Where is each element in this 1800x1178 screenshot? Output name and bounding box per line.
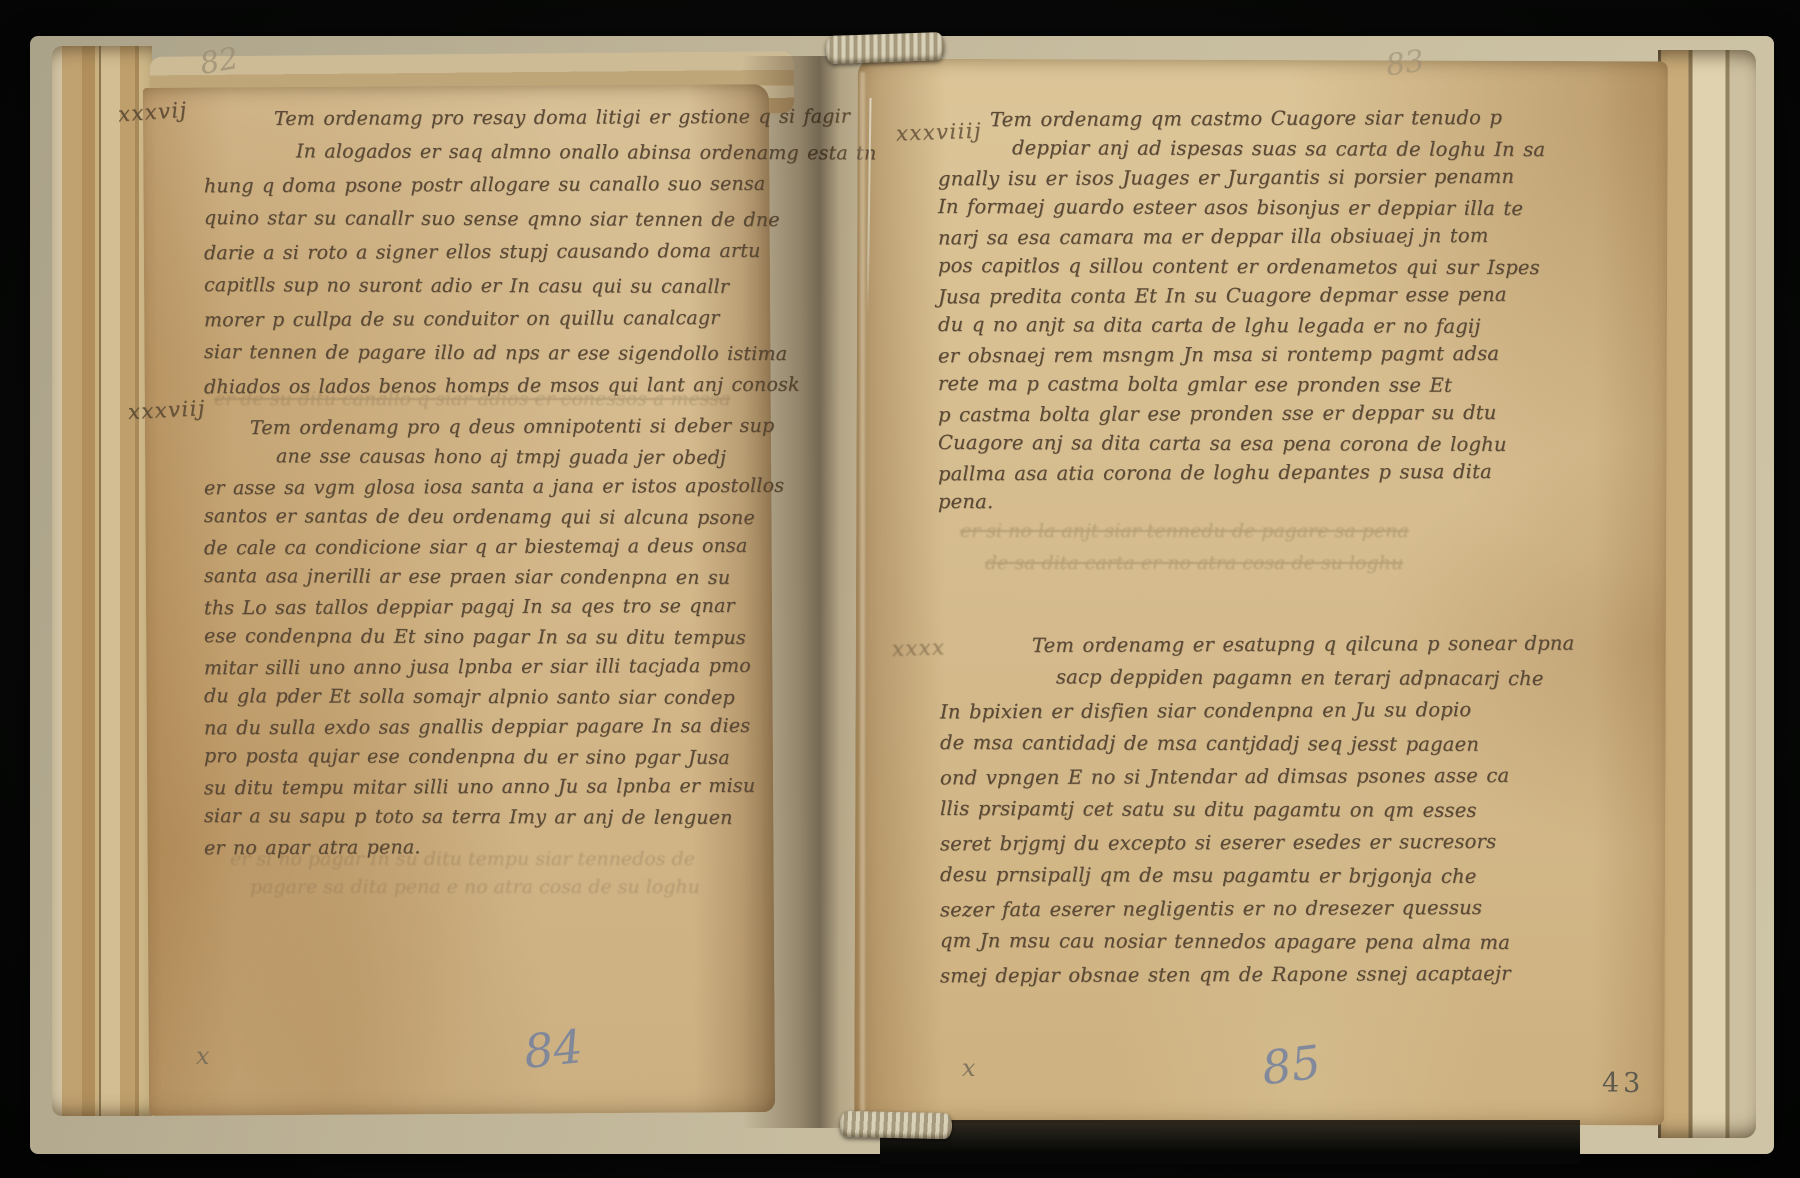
stamped-folio-number: 43: [1602, 1068, 1644, 1099]
manuscript-line: narj sa esa camara ma er deppar illa obs…: [938, 221, 1546, 253]
manuscript-line: du gla pder Et solla somajr alpnio santo…: [204, 681, 760, 713]
right-struck-line-2: de sa dita carta er no atra cosa de su l…: [985, 552, 1403, 574]
manuscript-line: Cuagore anj sa dita carta sa esa pena co…: [938, 427, 1546, 459]
manuscript-line: siar tennen de pagare illo ad nps ar ese…: [204, 336, 760, 371]
under-page-shadow: [880, 1120, 1580, 1164]
manuscript-line: pos capitlos q sillou content er ordenam…: [938, 250, 1546, 282]
right-x-mark: x: [962, 1054, 976, 1082]
left-ghost-line-2: pagare sa dita pena e no atra cosa de su…: [250, 876, 700, 898]
right-pencil-folio: 83: [1384, 44, 1427, 84]
manuscript-line: hung q doma psone postr allogare su cana…: [204, 168, 760, 204]
manuscript-line: ese condenpna du Et sino pagar In sa su …: [204, 621, 760, 653]
manuscript-line: Jusa predita conta Et In su Cuagore depm…: [938, 280, 1546, 312]
manuscript-line: mitar silli uno anno jusa lpnba er siar …: [204, 651, 760, 683]
manuscript-line: In formaej guardo esteer asos bisonjus e…: [938, 191, 1546, 223]
manuscript-line: siar a su sapu p toto sa terra Imy ar an…: [204, 801, 760, 833]
right-struck-line-1: er si no la anjt siar tennedu de pagare …: [960, 520, 1409, 542]
left-margin-numeral-2: xxxviij: [127, 396, 206, 424]
manuscript-line: dhiados os lados benos homps de msos qui…: [204, 369, 760, 405]
right-margin-numeral-2: xxxx: [892, 635, 946, 661]
manuscript-line: Tem ordenamg pro resay doma litigi er gs…: [204, 101, 760, 137]
manuscript-line: er no apar atra pena.: [204, 831, 760, 863]
manuscript-line: desu prnsipallj qm de msu pagamtu er brj…: [940, 858, 1548, 893]
manuscript-line: de msa cantidadj de msa cantjdadj seq je…: [940, 726, 1548, 761]
manuscript-line: gnally isu er isos Juages er Jurgantis s…: [938, 162, 1546, 194]
manuscript-line: capitlls sup no suront adio er In casu q…: [204, 269, 760, 304]
manuscript-line: Tem ordenamg qm castmo Cuagore siar tenu…: [938, 103, 1546, 135]
manuscript-line: seret brjgmj du excepto si eserer esedes…: [940, 825, 1548, 861]
manuscript-line: qm Jn msu cau nosiar tennedos apagare pe…: [940, 924, 1548, 959]
left-blue-page-number: 84: [521, 1019, 585, 1079]
manuscript-line: In bpixien er disfien siar condenpna en …: [940, 693, 1548, 729]
manuscript-line: ond vpngen E no si Jntendar ad dimsas ps…: [940, 759, 1548, 795]
left-margin-numeral-1: xxxvij: [117, 98, 188, 127]
left-x-mark: x: [196, 1042, 210, 1070]
manuscript-line: deppiar anj ad ispesas suas sa carta de …: [938, 132, 1546, 164]
left-paragraph-2: Tem ordenamg pro q deus omnipotenti si d…: [204, 412, 760, 862]
manuscript-line: pallma asa atia corona de loghu depantes…: [938, 457, 1546, 489]
manuscript-line: rete ma p castma bolta gmlar ese pronden…: [938, 368, 1546, 400]
left-paragraph-1: Tem ordenamg pro resay doma litigi er gs…: [204, 102, 760, 404]
manuscript-line: su ditu tempu mitar silli uno anno Ju sa…: [204, 771, 760, 803]
headband-top: [826, 32, 945, 64]
left-page-edges: [52, 46, 152, 1116]
manuscript-line: Tem ordenamg er esatupng q qilcuna p son…: [940, 627, 1548, 663]
manuscript-line: In alogados er saq almno onallo abinsa o…: [204, 135, 760, 170]
manuscript-line: quino star su canallr suo sense qmno sia…: [204, 202, 760, 237]
photo-backdrop: 82 xxxvij xxxviij Tem ordenamg pro resay…: [0, 0, 1800, 1178]
manuscript-line: ths Lo sas tallos deppiar pagaj In sa qe…: [204, 591, 760, 623]
right-page-edges: [1658, 50, 1756, 1138]
manuscript-line: santa asa jnerilli ar ese praen siar con…: [204, 561, 760, 593]
right-paragraph-1: Tem ordenamg qm castmo Cuagore siar tenu…: [938, 104, 1546, 517]
manuscript-line: p castma bolta glar ese pronden sse er d…: [938, 398, 1546, 430]
manuscript-line: Tem ordenamg pro q deus omnipotenti si d…: [204, 411, 760, 443]
manuscript-line: na du sulla exdo sas gnallis deppiar pag…: [204, 711, 760, 743]
left-pencil-folio: 82: [197, 41, 241, 82]
right-paragraph-2: Tem ordenamg er esatupng q qilcuna p son…: [940, 628, 1548, 991]
manuscript-line: er obsnaej rem msngm Jn msa si rontemp p…: [938, 339, 1546, 371]
manuscript-line: llis prsipamtj cet satu su ditu pagamtu …: [940, 792, 1548, 827]
manuscript-line: sezer fata eserer negligentis er no dres…: [940, 891, 1548, 927]
manuscript-line: pro posta qujar ese condenpna du er sino…: [204, 741, 760, 773]
manuscript-line: du q no anjt sa dita carta de lghu legad…: [938, 309, 1546, 341]
manuscript-line: morer p cullpa de su conduitor on quillu…: [204, 302, 760, 338]
manuscript-line: darie a si roto a signer ellos stupj cau…: [204, 235, 760, 271]
manuscript-line: er asse sa vgm glosa iosa santa a jana e…: [204, 471, 760, 503]
manuscript-line: sacp deppiden pagamn en terarj adpnacarj…: [940, 660, 1548, 695]
manuscript-line: smej depjar obsnae sten qm de Rapone ssn…: [940, 957, 1548, 993]
manuscript-line: de cale ca condicione siar q ar biestema…: [204, 531, 760, 563]
headband-bottom: [840, 1111, 953, 1139]
manuscript-line: pena.: [938, 486, 1546, 518]
right-blue-page-number: 85: [1259, 1035, 1324, 1096]
gutter-fold-highlight: [860, 72, 865, 1112]
manuscript-line: ane sse causas hono aj tmpj guada jer ob…: [204, 441, 760, 473]
manuscript-line: santos er santas de deu ordenamg qui si …: [204, 501, 760, 533]
